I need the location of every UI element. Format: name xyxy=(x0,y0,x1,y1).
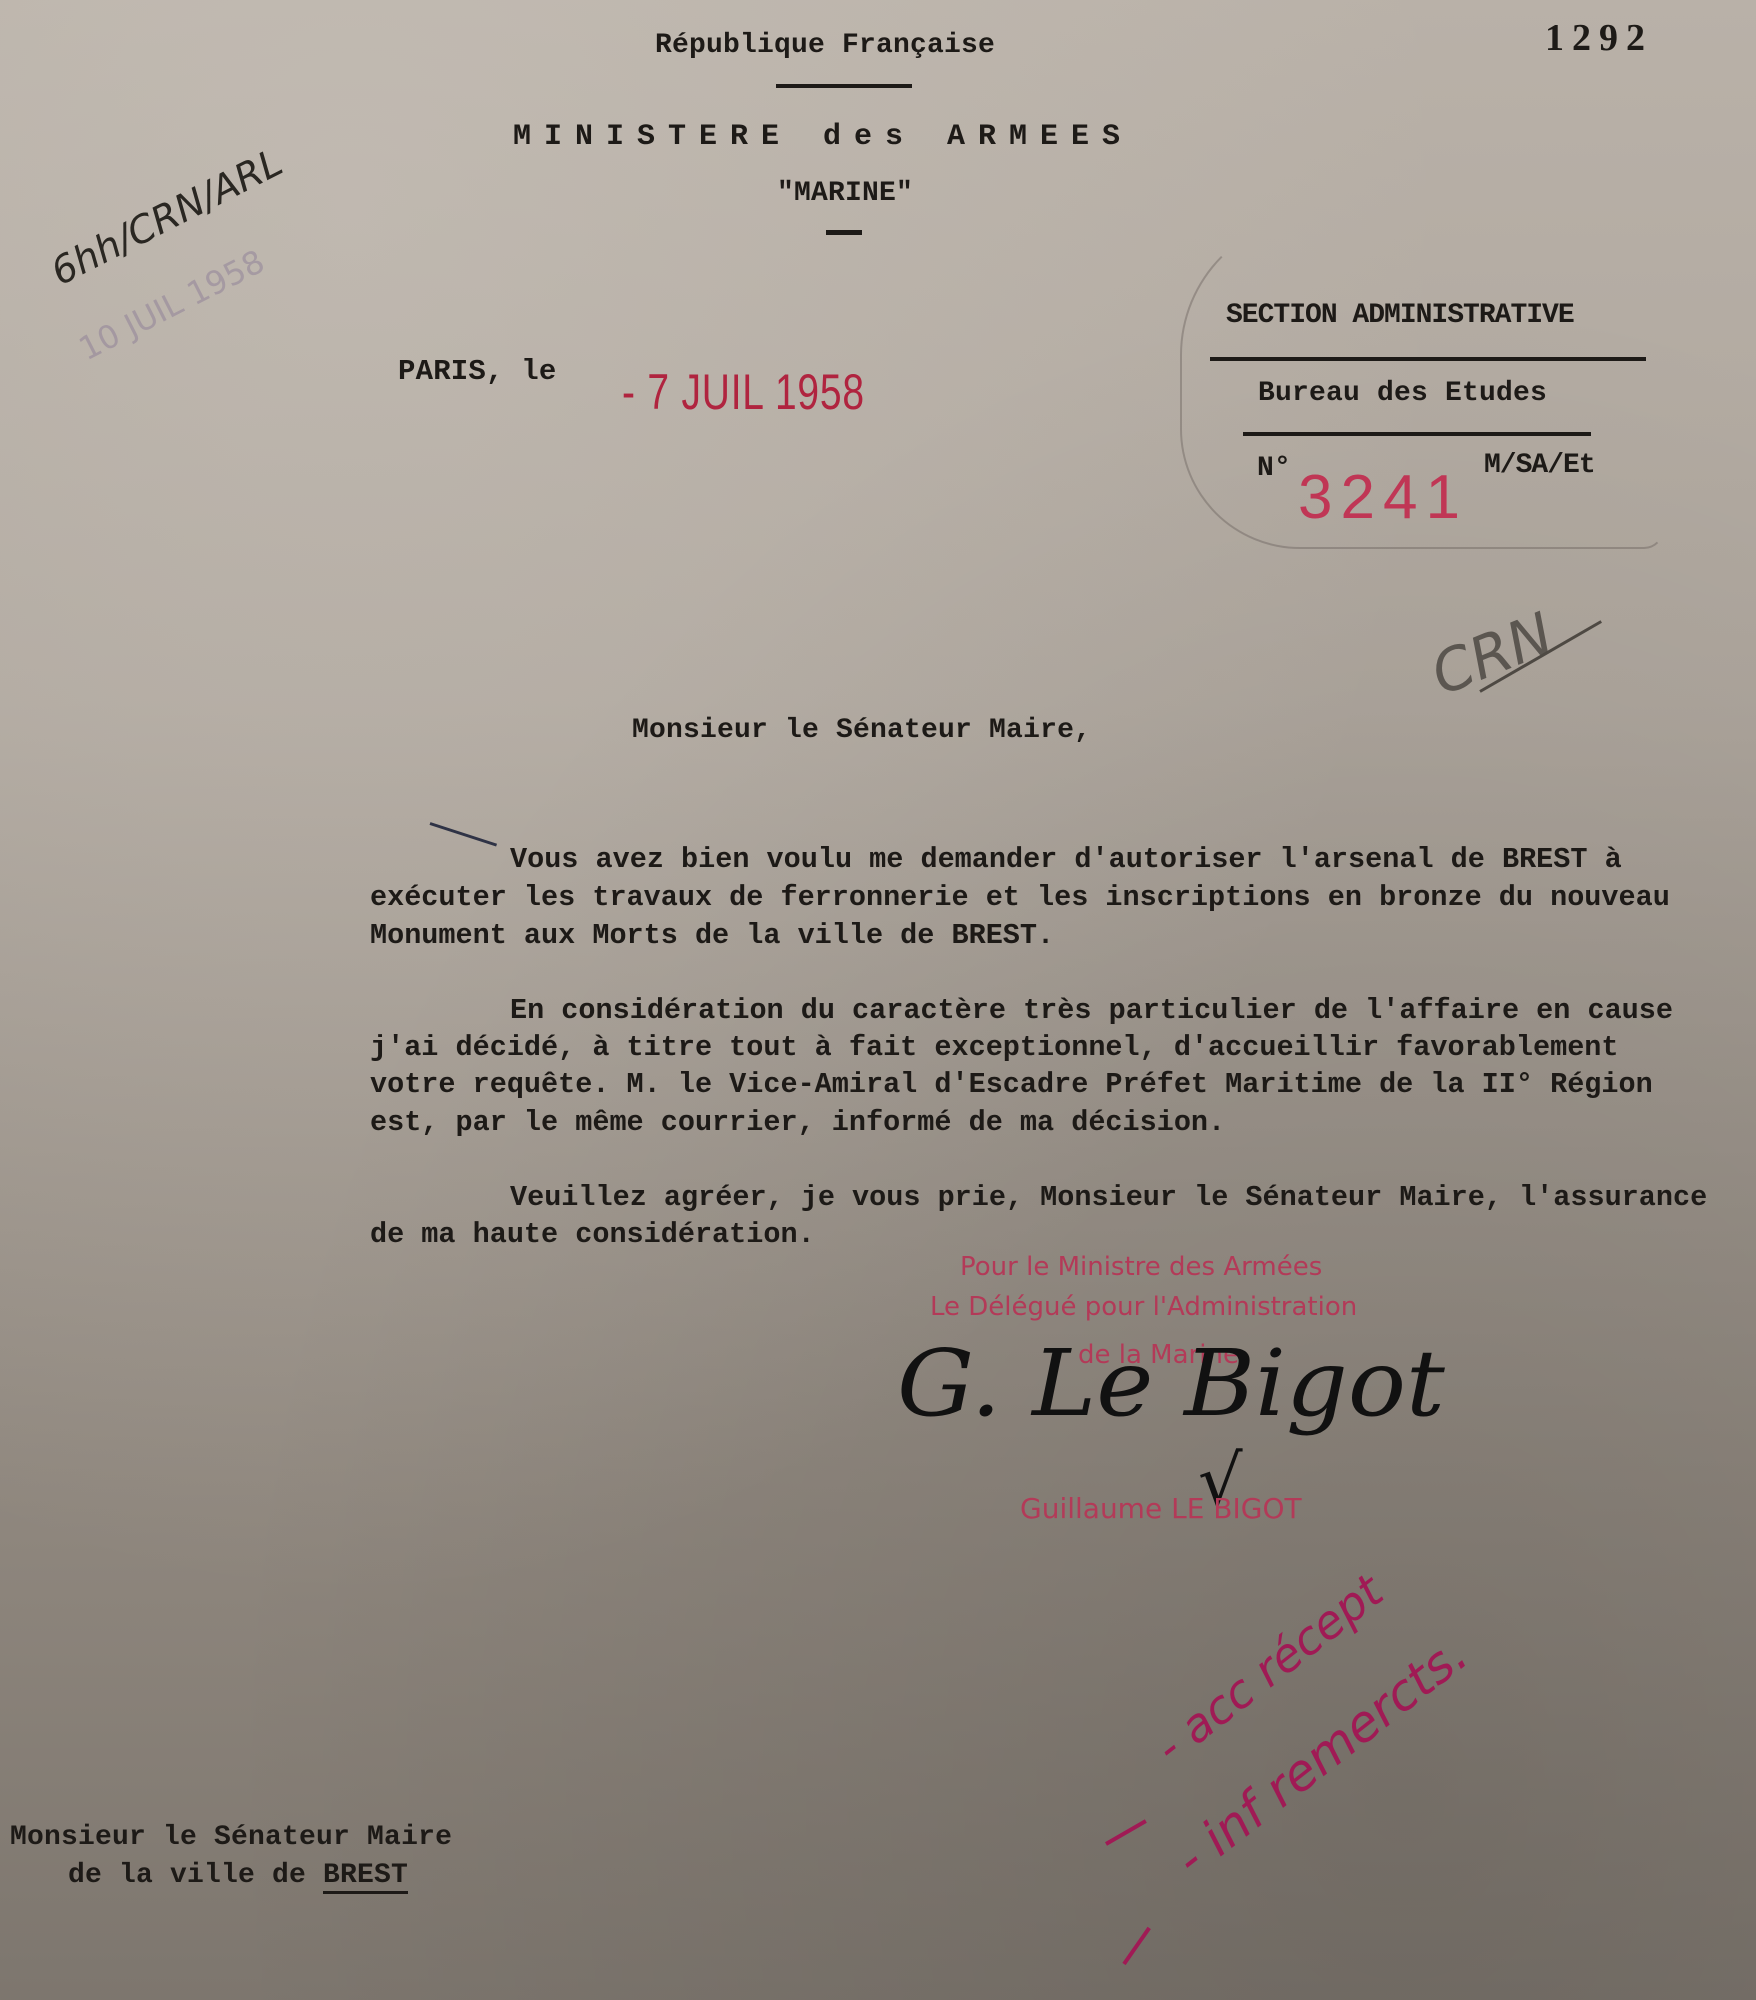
salutation: Monsieur le Sénateur Maire, xyxy=(632,715,1091,746)
ministry-heading: MINISTERE des ARMEES xyxy=(513,120,1133,154)
branch-heading: "MARINE" xyxy=(777,178,913,209)
recipient-prefix: de la ville de xyxy=(68,1860,323,1891)
signature-stamp-line-2: Le Délégué pour l'Administration xyxy=(930,1292,1357,1322)
signature-stamp-line-1: Pour le Ministre des Armées xyxy=(960,1252,1322,1282)
body-line: de ma haute considération. xyxy=(370,1218,815,1251)
body-line: En considération du caractère très parti… xyxy=(510,994,1673,1027)
bureau-name: Bureau des Etudes xyxy=(1258,378,1547,409)
recipient-line-2: de la ville de BREST xyxy=(68,1860,408,1891)
reference-code: M/SA/Et xyxy=(1484,450,1595,481)
body-line: exécuter les travaux de ferronnerie et l… xyxy=(370,881,1670,914)
recipient-line-1: Monsieur le Sénateur Maire xyxy=(10,1822,452,1853)
body-line: est, par le même courrier, informé de ma… xyxy=(370,1106,1225,1139)
recipient-city: BREST xyxy=(323,1860,408,1894)
header-divider-short xyxy=(826,230,862,235)
handwritten-signature: G. Le Bigot xyxy=(897,1330,1445,1437)
republic-heading: République Française xyxy=(655,30,995,61)
folio-number: 1292 xyxy=(1545,16,1653,60)
pen-mark xyxy=(430,822,498,846)
body-line: Veuillez agréer, je vous prie, Monsieur … xyxy=(510,1181,1707,1214)
header-divider xyxy=(776,84,912,88)
section-divider xyxy=(1210,357,1646,361)
body-line: j'ai décidé, à titre tout à fait excepti… xyxy=(370,1031,1619,1064)
section-title: SECTION ADMINISTRATIVE xyxy=(1226,300,1574,331)
date-stamp: - 7 JUIL 1958 xyxy=(622,363,865,421)
signatory-name: Guillaume LE BIGOT xyxy=(1020,1492,1302,1525)
bureau-divider xyxy=(1243,432,1591,436)
handwritten-note-line-2: - inf remercts. xyxy=(1164,1625,1478,1888)
number-label: N° xyxy=(1257,453,1291,484)
note-dash-1 xyxy=(1105,1819,1147,1845)
note-dash-2 xyxy=(1122,1927,1151,1965)
body-line: votre requête. M. le Vice-Amiral d'Escad… xyxy=(370,1068,1653,1101)
reference-number-stamp: 3241 xyxy=(1298,462,1468,533)
place-label: PARIS, le xyxy=(398,355,556,388)
body-line: Monument aux Morts de la ville de BREST. xyxy=(370,919,1054,952)
body-line: Vous avez bien voulu me demander d'autor… xyxy=(510,843,1622,876)
